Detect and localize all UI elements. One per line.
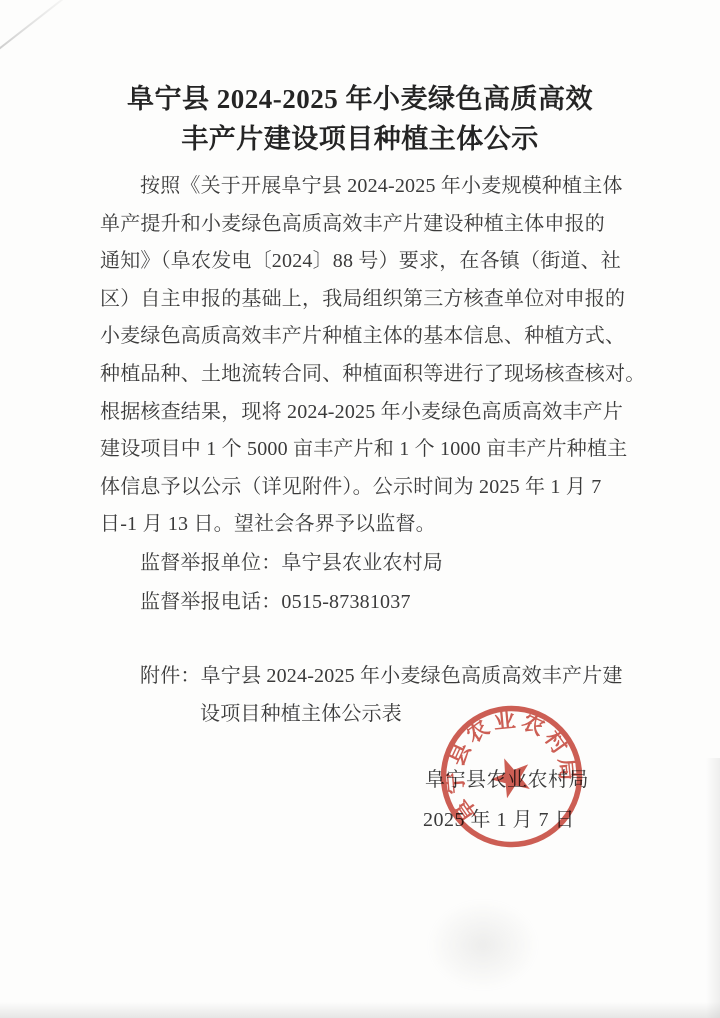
body-line: 通知》（阜农发电〔2024〕88 号）要求，在各镇（街道、社 [100, 243, 640, 281]
body-line: 区）自主申报的基础上，我局组织第三方核查单位对申报的 [100, 281, 640, 319]
body-line: 建设项目中 1 个 5000 亩丰产片和 1 个 1000 亩丰产片种植主 [100, 431, 640, 469]
body-line: 根据核查结果，现将 2024-2025 年小麦绿色高质高效丰产片 [100, 394, 640, 432]
document-title: 阜宁县 2024-2025 年小麦绿色高质高效 丰产片建设项目种植主体公示 [0, 79, 720, 159]
document-page: 阜宁县 2024-2025 年小麦绿色高质高效 丰产片建设项目种植主体公示 按照… [0, 0, 720, 1018]
scan-artifact-right-shadow [706, 758, 720, 1018]
supervision-contact: 监督举报单位：阜宁县农业农村局 监督举报电话：0515-87381037 [100, 544, 640, 622]
attachment-line-1: 附件：阜宁县 2024-2025 年小麦绿色高质高效丰产片建 [100, 658, 640, 696]
official-seal: 阜宁县农业农村局 [438, 703, 585, 850]
scan-artifact-ghost-mark [428, 900, 538, 990]
body-line: 日-1 月 13 日。望社会各界予以监督。 [100, 506, 640, 544]
title-line-1: 阜宁县 2024-2025 年小麦绿色高质高效 [0, 79, 720, 119]
body-line: 种植品种、土地流转合同、种植面积等进行了现场核查核对。 [100, 356, 640, 394]
scan-artifact-bottom-shadow [0, 1002, 720, 1018]
body-line: 体信息予以公示（详见附件）。公示时间为 2025 年 1 月 7 [100, 469, 640, 507]
body-line: 按照《关于开展阜宁县 2024-2025 年小麦规模种植主体 [100, 168, 640, 206]
scan-artifact-corner [0, 0, 63, 55]
body-line: 单产提升和小麦绿色高质高效丰产片建设种植主体申报的 [100, 206, 640, 244]
document-body: 按照《关于开展阜宁县 2024-2025 年小麦规模种植主体 单产提升和小麦绿色… [100, 168, 640, 544]
body-line: 小麦绿色高质高效丰产片种植主体的基本信息、种植方式、 [100, 318, 640, 356]
title-line-2: 丰产片建设项目种植主体公示 [0, 119, 720, 159]
supervision-unit-line: 监督举报单位：阜宁县农业农村局 [100, 544, 640, 583]
supervision-phone-line: 监督举报电话：0515-87381037 [100, 583, 640, 622]
seal-star-icon [486, 751, 537, 801]
